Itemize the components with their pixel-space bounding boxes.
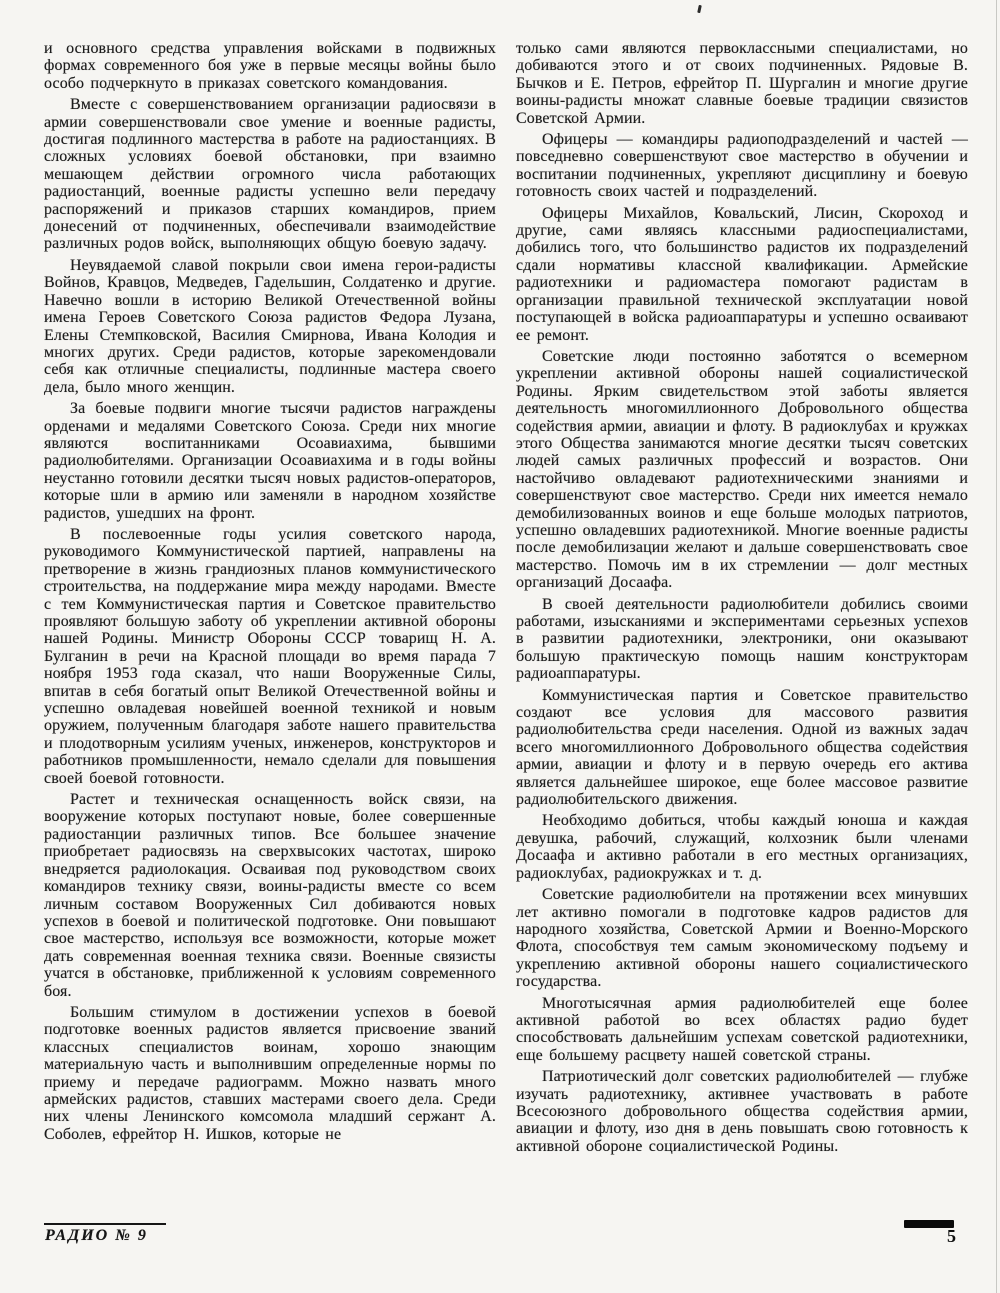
paragraph: Многотысячная армия радиолюбителей еще б…	[516, 991, 968, 1065]
paragraph: Советские люди постоянно заботятся о все…	[516, 344, 968, 592]
paragraph: Вместе с совершенствованием организации …	[44, 92, 496, 253]
paragraph: Офицеры Михайлов, Ковальский, Лисин, Ско…	[516, 201, 968, 344]
left-text-column: и основного средства управления войсками…	[44, 40, 496, 1143]
paragraph: В послевоенные годы усилия советского на…	[44, 522, 496, 787]
paragraph: Офицеры — командиры радиоподразделений и…	[516, 127, 968, 201]
paragraph: Советские радиолюбители на протяжении вс…	[516, 882, 968, 990]
paragraph: В своей деятельности радиолюбители добил…	[516, 592, 968, 683]
journal-title: РАДИО № 9	[45, 1227, 148, 1245]
paragraph: Коммунистическая партия и Советское прав…	[516, 683, 968, 809]
right-text-column: только сами являются первоклассными спец…	[516, 40, 968, 1155]
footer-rule	[44, 1223, 166, 1225]
paragraph: Неувядаемой славой покрыли свои имена ге…	[44, 253, 496, 396]
paragraph: только сами являются первоклассными спец…	[516, 40, 968, 127]
scan-speck	[697, 5, 702, 13]
paragraph: Большим стимулом в достижении успехов в …	[44, 1000, 496, 1143]
paragraph: Патриотический долг советских радиолюбит…	[516, 1064, 968, 1155]
paragraph: Растет и техническая оснащенность войск …	[44, 787, 496, 1000]
paragraph: За боевые подвиги многие тысячи радистов…	[44, 396, 496, 522]
paragraph: и основного средства управления войсками…	[44, 40, 496, 92]
page-number: 5	[936, 1226, 956, 1247]
paragraph: Необходимо добиться, чтобы каждый юноша …	[516, 808, 968, 882]
page-edge-line	[996, 0, 997, 1293]
magazine-page: и основного средства управления войсками…	[0, 0, 1000, 1293]
